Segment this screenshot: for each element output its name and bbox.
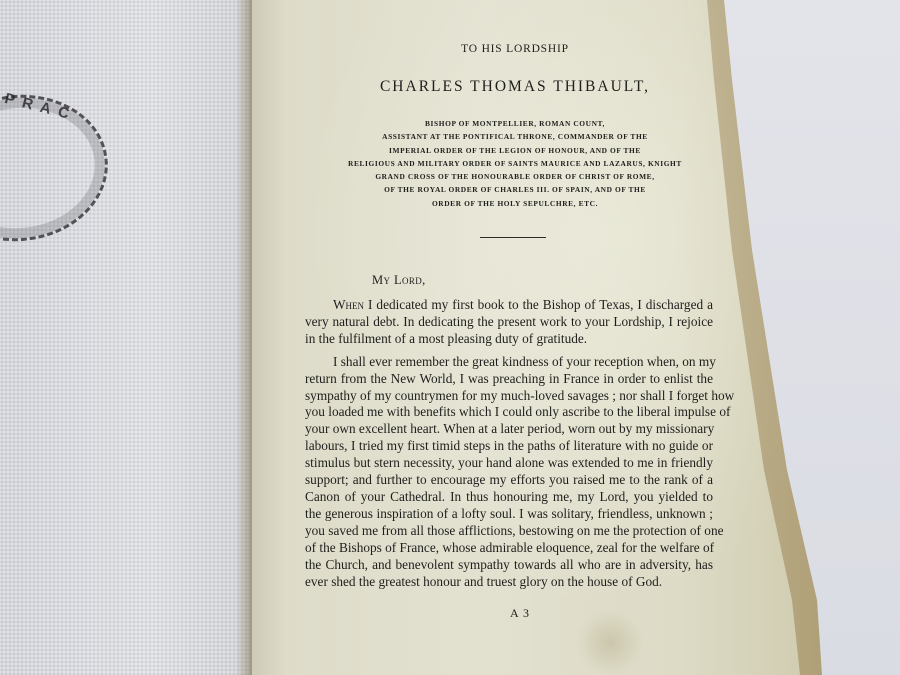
title-line: ORDER OF THE HOLY SEPULCHRE, ETC. <box>305 197 725 210</box>
paragraph-lead: When <box>333 297 364 312</box>
text-line: the generous inspiration of a lofty soul… <box>305 506 713 523</box>
dedicatee-titles: BISHOP OF MONTPELLIER, ROMAN COUNT, ASSI… <box>305 117 725 210</box>
text-line: return from the New World, I was preachi… <box>305 371 713 388</box>
text-line: I shall ever remember the great kindness… <box>305 354 713 371</box>
section-rule <box>480 237 546 238</box>
text-line: very natural debt. In dedicating the pre… <box>305 314 713 331</box>
text-line: your own excellent heart. When at a late… <box>305 421 713 438</box>
title-line: BISHOP OF MONTPELLIER, ROMAN COUNT, <box>305 117 725 130</box>
signature-mark: A 3 <box>510 606 530 621</box>
text-line: stimulus but stern necessity, your hand … <box>305 455 713 472</box>
salutation: My Lord, <box>372 273 426 288</box>
text-line: support; and further to encourage my eff… <box>305 472 713 489</box>
text-line: Canon of your Cathedral. In thus honouri… <box>305 489 713 506</box>
dedicatee-name: CHARLES THOMAS THIBAULT, <box>305 78 725 96</box>
text-line: of the Bishops of France, whose admirabl… <box>305 540 713 557</box>
title-line: ASSISTANT AT THE PONTIFICAL THRONE, COMM… <box>305 130 725 143</box>
endpaper: P R A C <box>0 0 252 675</box>
title-line: OF THE ROYAL ORDER OF CHARLES III. OF SP… <box>305 183 725 196</box>
text-line: you saved me from all those afflictions,… <box>305 523 713 540</box>
text-line: you loaded me with benefits which I coul… <box>305 404 713 421</box>
text-line: in the fulfilment of a most pleasing dut… <box>305 331 713 348</box>
title-line: GRAND CROSS OF THE HONOURABLE ORDER OF C… <box>305 170 725 183</box>
text-line: sympathy of my countrymen for my much-lo… <box>305 388 713 405</box>
text-line: labours, I tried my first timid steps in… <box>305 438 713 455</box>
paragraph-1: When I dedicated my first book to the Bi… <box>305 297 713 348</box>
title-line: RELIGIOUS AND MILITARY ORDER OF SAINTS M… <box>305 157 725 170</box>
page-stain <box>575 610 645 675</box>
dedication-body: When I dedicated my first book to the Bi… <box>305 297 713 596</box>
text-line: When I dedicated my first book to the Bi… <box>305 297 713 314</box>
title-line: IMPERIAL ORDER OF THE LEGION OF HONOUR, … <box>305 144 725 157</box>
text-line: ever shed the greatest honour and truest… <box>305 574 713 591</box>
paragraph-2: I shall ever remember the great kindness… <box>305 354 713 591</box>
text-line: the Church, and benevolent sympathy towa… <box>305 557 713 574</box>
dedication-to-line: TO HIS LORDSHIP <box>305 43 725 55</box>
